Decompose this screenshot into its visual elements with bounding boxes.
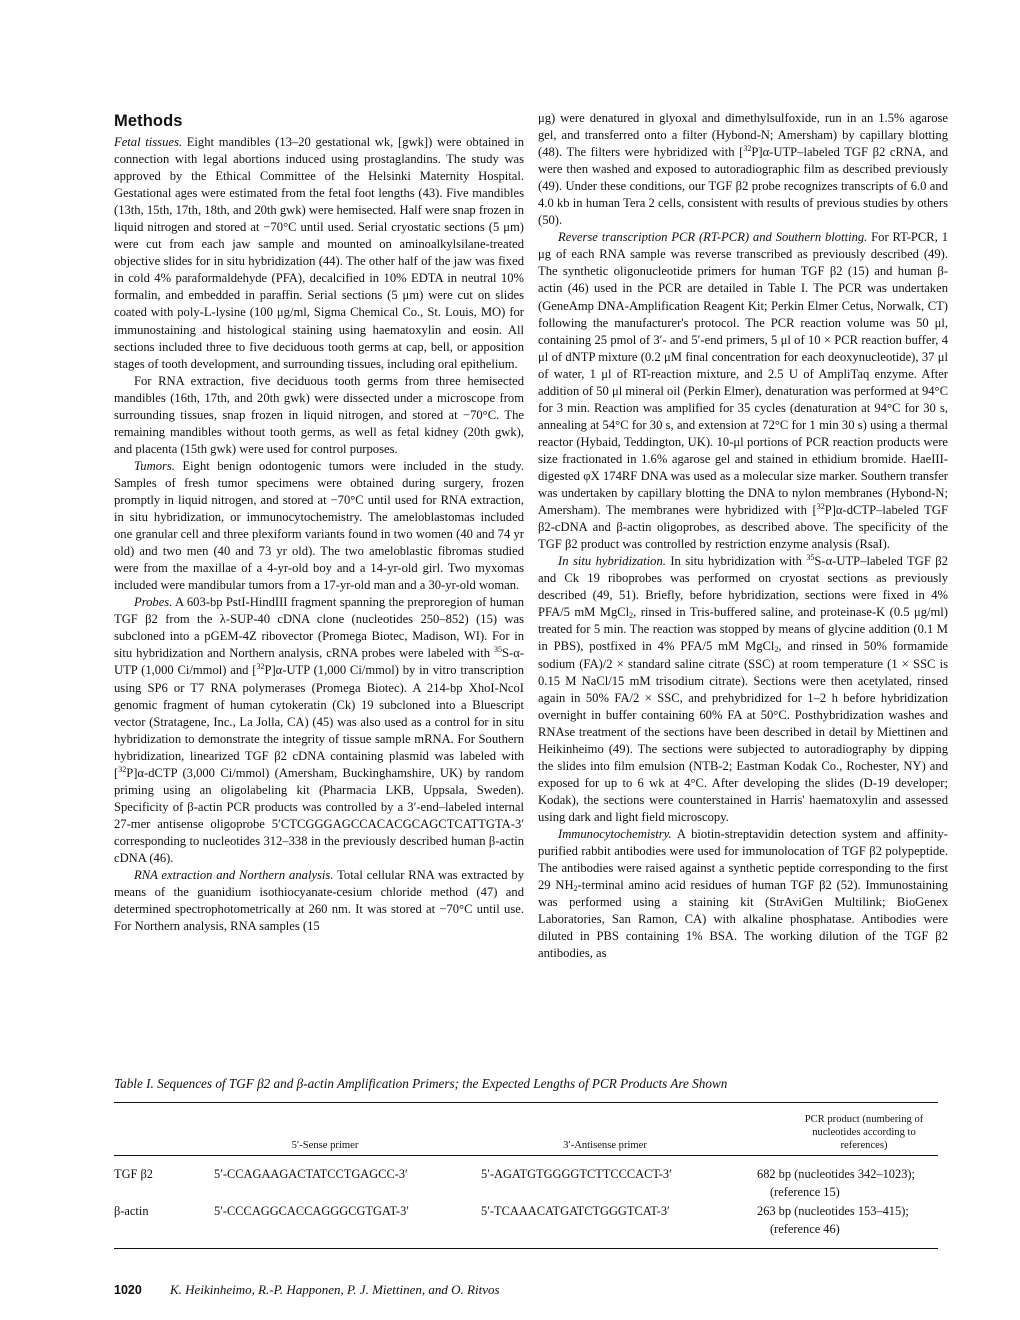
paragraph-text: Eight mandibles (13–20 gestational wk, [… <box>114 135 524 371</box>
paragraph-text: -terminal amino acid residues of human T… <box>538 878 948 960</box>
table-cell-product-ref: (reference 15) <box>770 1184 840 1201</box>
paragraph-text: A 603-bp PstI-HindIII fragment spanning … <box>114 595 524 660</box>
run-in-heading: RNA extraction and Northern analysis. <box>134 868 334 882</box>
paragraph-fetal-tissues: Fetal tissues. Eight mandibles (13–20 ge… <box>114 134 524 373</box>
paragraph-rna-northern: RNA extraction and Northern analysis. To… <box>114 867 524 935</box>
running-footer-authors: K. Heikinheimo, R.-P. Happonen, P. J. Mi… <box>170 1282 500 1298</box>
paragraph-immunocytochemistry: Immunocytochemistry. A biotin-streptavid… <box>538 826 948 962</box>
paragraph-text: In situ hybridization with <box>666 554 806 568</box>
paragraph-text: For RT-PCR, 1 μg of each RNA sample was … <box>538 230 948 517</box>
run-in-heading: Tumors. <box>134 459 175 473</box>
paragraph-text: P]α-dCTP (3,000 Ci/mmol) (Amersham, Buck… <box>114 766 524 865</box>
run-in-heading: Immunocytochemistry. <box>558 827 672 841</box>
paragraph-text: Eight benign odontogenic tumors were inc… <box>114 459 524 592</box>
table-header-product: PCR product (numbering of nucleotides ac… <box>802 1113 926 1152</box>
page-number: 1020 <box>114 1283 142 1297</box>
table-header-sense: 5′-Sense primer <box>240 1139 410 1152</box>
superscript: 35 <box>494 645 502 654</box>
table-cell-antisense: 5′-AGATGTGGGGTCTTCCCACT-3′ <box>481 1166 672 1183</box>
table-cell-antisense: 5′-TCAAACATGATCTGGGTCAT-3′ <box>481 1203 670 1220</box>
table-cell-product-ref: (reference 46) <box>770 1221 840 1238</box>
run-in-heading: Fetal tissues. <box>114 135 182 149</box>
run-in-heading: Reverse transcription PCR (RT-PCR) and S… <box>558 230 867 244</box>
table-cell-gene: β-actin <box>114 1203 149 1220</box>
paragraph-tumors: Tumors. Eight benign odontogenic tumors … <box>114 458 524 594</box>
table-bottom-rule <box>114 1248 938 1249</box>
run-in-heading: Probes. <box>134 595 172 609</box>
table-header-rule <box>114 1155 938 1156</box>
table-caption: Table I. Sequences of TGF β2 and β-actin… <box>114 1076 727 1092</box>
right-column: μg) were denatured in glyoxal and dimeth… <box>538 110 948 962</box>
table-cell-product: 682 bp (nucleotides 342–1023); <box>757 1166 915 1183</box>
paragraph-probes: Probes. A 603-bp PstI-HindIII fragment s… <box>114 594 524 867</box>
section-heading: Methods <box>114 112 183 131</box>
run-in-heading: In situ hybridization. <box>558 554 666 568</box>
table-header-antisense: 3′-Antisense primer <box>520 1139 690 1152</box>
paragraph-text: P]α-UTP (1,000 Ci/mmol) by in vitro tran… <box>114 663 524 779</box>
superscript: 32 <box>817 502 825 511</box>
table-cell-product: 263 bp (nucleotides 153–415); <box>757 1203 909 1220</box>
paragraph-in-situ: In situ hybridization. In situ hybridiza… <box>538 553 948 826</box>
paragraph-rt-pcr: Reverse transcription PCR (RT-PCR) and S… <box>538 229 948 553</box>
table-cell-sense: 5′-CCCAGGCACCAGGGCGTGAT-3′ <box>214 1203 409 1220</box>
paragraph-text: , and rinsed in 50% formamide sodium (FA… <box>538 639 948 823</box>
table-top-rule <box>114 1102 938 1103</box>
paragraph-northern-continued: μg) were denatured in glyoxal and dimeth… <box>538 110 948 229</box>
table-cell-gene: TGF β2 <box>114 1166 153 1183</box>
table-cell-sense: 5′-CCAGAAGACTATCCTGAGCC-3′ <box>214 1166 408 1183</box>
paragraph-rna-extraction-samples: For RNA extraction, five deciduous tooth… <box>114 373 524 458</box>
superscript: 32 <box>118 765 126 774</box>
left-column: Fetal tissues. Eight mandibles (13–20 ge… <box>114 134 524 935</box>
